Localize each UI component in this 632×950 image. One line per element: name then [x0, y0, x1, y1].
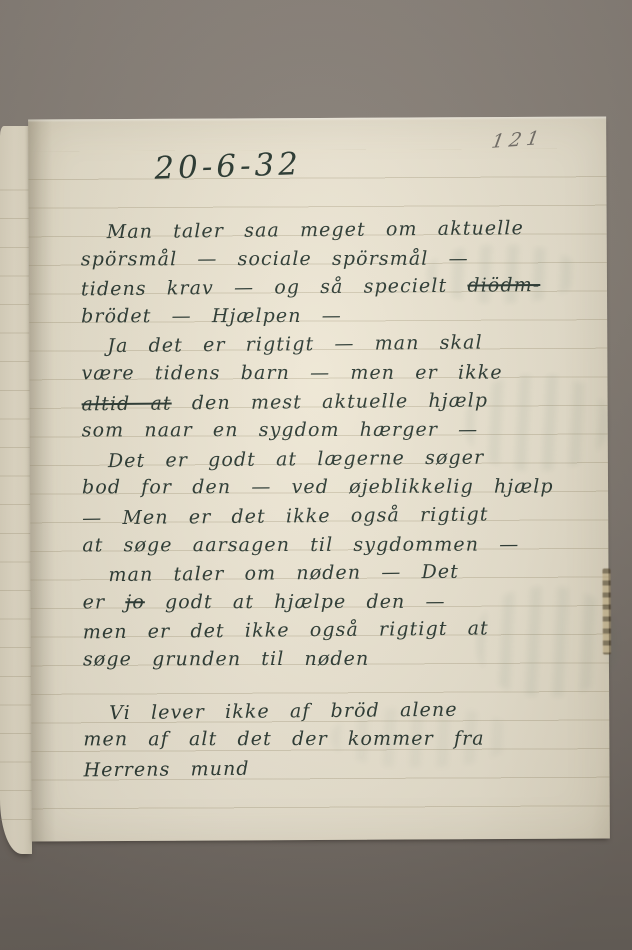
handwriting-segment: at søge aarsagen til sygdommen — — [82, 533, 519, 556]
handwriting-line: men er det ikke også rigtigt at — [83, 614, 591, 647]
handwriting-line: Man taler saa meget om aktuelle — [81, 213, 589, 246]
handwriting-line: Det er godt at lægerne søger — [82, 442, 590, 475]
handwriting-line: bod for den — ved øjeblikkelig hjælp — [82, 473, 590, 502]
handwriting-segment: bod for den — ved øjeblikkelig hjælp — [82, 476, 554, 499]
handwriting-segment: man taler om nøden — Det — [108, 561, 459, 586]
handwriting-segment: Det er godt at lægerne søger — [108, 446, 485, 472]
handwriting-segment: brödet — Hjælpen — — [81, 305, 342, 327]
fore-edge-marks — [602, 568, 610, 654]
struck-through-word: jo — [125, 591, 145, 613]
entry-date: 20-6-32 — [154, 146, 303, 187]
handwriting-line: Herrens mund — [83, 751, 591, 784]
struck-through-word: altid at — [81, 392, 171, 415]
handwriting-paragraph: man taler om nøden — Deter jo godt at hj… — [82, 558, 591, 675]
handwriting-line: — Men er det ikke også rigtigt — [82, 499, 590, 532]
handwriting-segment: søge grunden til nøden — [83, 648, 369, 670]
photo-background: 121 20-6-32 Man taler saa meget om aktue… — [0, 0, 632, 950]
handwriting-line: at søge aarsagen til sygdommen — — [82, 530, 590, 559]
page-number: 121 — [490, 127, 546, 153]
notebook-page: 121 20-6-32 Man taler saa meget om aktue… — [28, 116, 610, 841]
handwriting-line: man taler om nøden — Det — [82, 557, 590, 590]
handwriting-segment: godt at hjælpe den — — [145, 590, 446, 613]
handwriting-line: brödet — Hjælpen — — [81, 301, 589, 330]
handwriting-paragraph: Vi lever ikke af bröd alenemen af alt de… — [83, 695, 591, 783]
handwriting-segment: Vi lever ikke af bröd alene — [109, 698, 458, 723]
handwriting-segment: Ja det er rigtigt — man skal — [107, 332, 483, 358]
handwriting-segment: som naar en sygdom hærger — — [82, 419, 479, 442]
handwriting-segment: være tidens barn — men er ikke — [81, 362, 502, 385]
handwriting-paragraph: Ja det er rigtigt — man skalvære tidens … — [81, 329, 590, 446]
struck-through-word: diödm- — [467, 274, 540, 297]
handwriting-line: som naar en sygdom hærger — — [82, 416, 590, 445]
underlying-page-edges — [0, 126, 32, 854]
handwriting-paragraph: Man taler saa meget om aktuellespörsmål … — [81, 215, 590, 332]
handwriting-line: Vi lever ikke af bröd alene — [83, 694, 591, 727]
handwriting-line: være tidens barn — men er ikke — [81, 358, 589, 387]
handwriting-line: er jo godt at hjælpe den — — [83, 587, 591, 616]
handwriting-segment: tidens krav — og så specielt — [81, 275, 468, 301]
handwriting-line: altid at den mest aktuelle hjælp — [81, 385, 589, 418]
handwriting-segment: men er det ikke også rigtigt at — [83, 618, 489, 644]
handwritten-text: Man taler saa meget om aktuellespörsmål … — [81, 215, 592, 784]
handwriting-segment: spörsmål — sociale spörsmål — — [81, 247, 469, 270]
handwriting-paragraph: Det er godt at lægerne søgerbod for den … — [82, 443, 591, 560]
handwriting-line: men af alt det der kommer fra — [83, 725, 591, 754]
handwriting-line: tidens krav — og så specielt diödm- — [81, 271, 589, 304]
handwriting-segment: den mest aktuelle hjælp — [172, 389, 489, 414]
handwriting-segment: — Men er det ikke også rigtigt — [82, 503, 489, 529]
handwriting-line: søge grunden til nøden — [83, 644, 591, 673]
handwriting-line: Ja det er rigtigt — man skal — [81, 328, 589, 361]
handwriting-line: spörsmål — sociale spörsmål — — [81, 244, 589, 273]
handwriting-segment: Herrens mund — [83, 757, 249, 781]
handwriting-segment: Man taler saa meget om aktuelle — [107, 217, 524, 243]
handwriting-segment: men af alt det der kommer fra — [83, 728, 484, 751]
underlying-page-ruled-lines — [0, 162, 32, 840]
handwriting-segment: er — [83, 591, 126, 613]
